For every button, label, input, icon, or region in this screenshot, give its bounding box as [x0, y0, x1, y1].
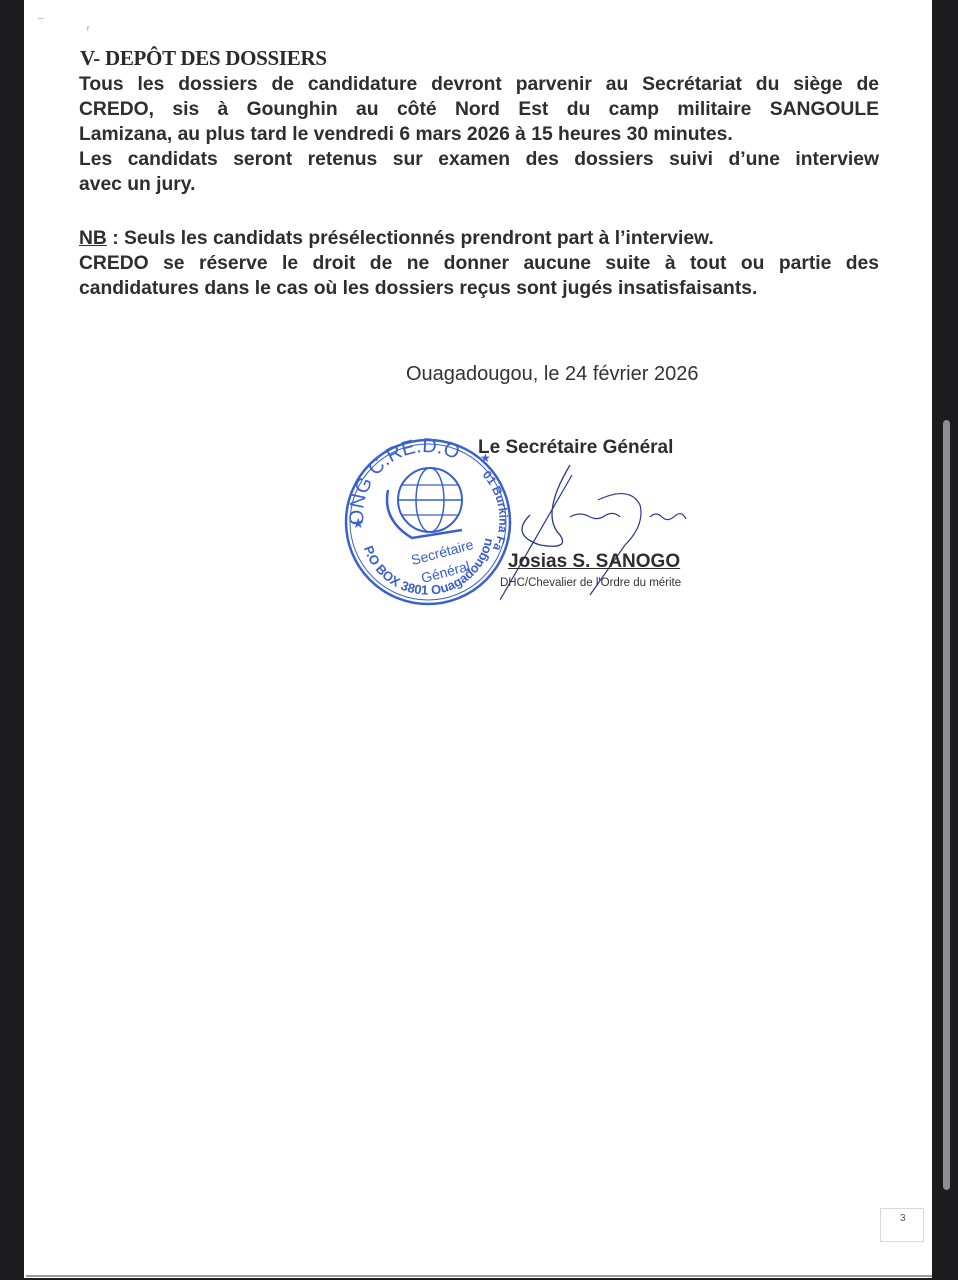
nb-paragraph: NB : Seuls les candidats présélectionnés… [79, 226, 879, 301]
nb-line: CREDO se réserve le droit de ne donner a… [79, 251, 879, 276]
paragraph-line: Lamizana, au plus tard le vendredi 6 mar… [79, 122, 879, 147]
page-number: 3 [900, 1213, 906, 1224]
nb-label: NB [79, 228, 107, 249]
scan-mark: ¯ [38, 18, 44, 29]
place-date: Ouagadougou, le 24 février 2026 [406, 363, 698, 386]
paragraph-line: Tous les dossiers de candidature devront… [79, 72, 879, 97]
signatory-distinction: DHC/Chevalier de l'Ordre du mérite [500, 577, 681, 589]
nb-line: NB : Seuls les candidats présélectionnés… [79, 226, 879, 251]
submission-paragraph: Tous les dossiers de candidature devront… [79, 72, 879, 197]
nb-line: candidatures dans le cas où les dossiers… [79, 276, 879, 301]
section-heading: V- DEPÔT DES DOSSIERS [80, 46, 327, 71]
nb-text: : Seuls les candidats présélectionnés pr… [107, 228, 714, 249]
paragraph-line: CREDO, sis à Gounghin au côté Nord Est d… [79, 97, 879, 122]
page-edge-divider [26, 1275, 932, 1277]
paragraph-line: Les candidats seront retenus sur examen … [79, 147, 879, 172]
handwritten-signature-icon [500, 455, 710, 625]
scrollbar-thumb[interactable] [943, 420, 950, 1190]
svg-text:★: ★ [352, 515, 365, 531]
signatory-name: Josias S. SANOGO [508, 551, 680, 573]
scan-mark: ʳ [87, 25, 89, 36]
paragraph-line: avec un jury. [79, 172, 879, 197]
